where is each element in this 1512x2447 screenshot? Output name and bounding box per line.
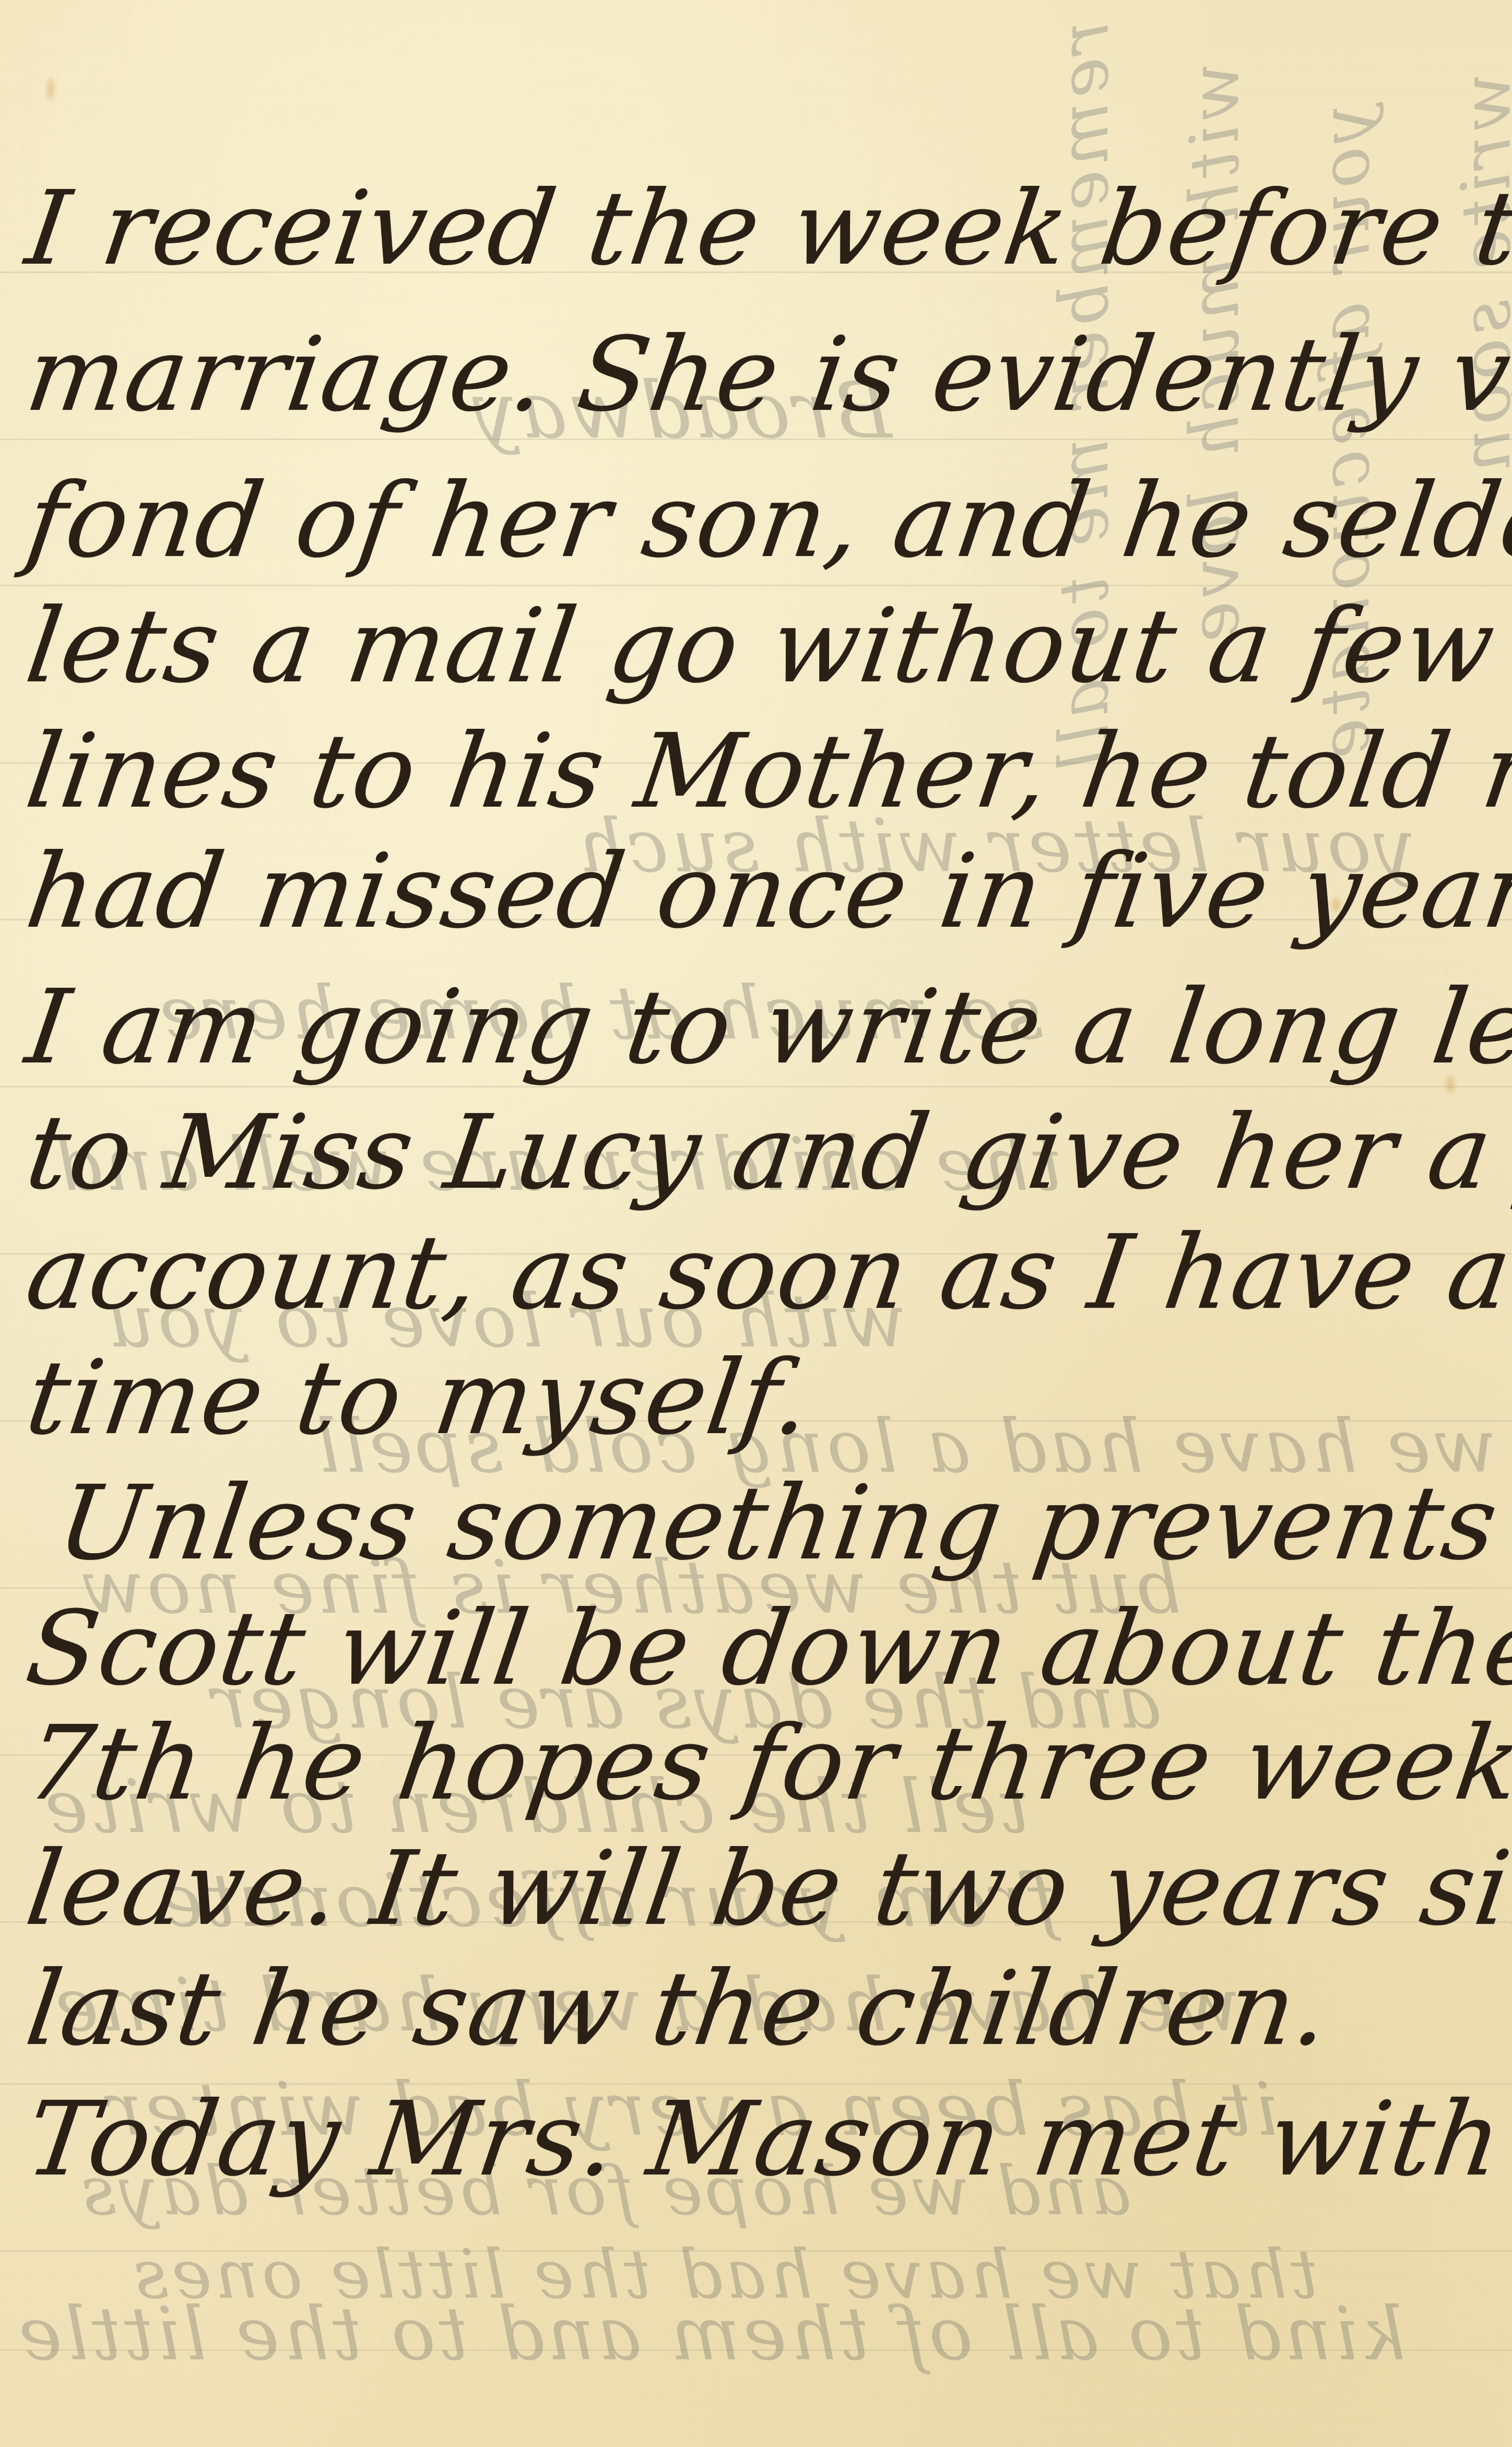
letter-line: Today Mrs. Mason met with bbox=[21, 2088, 1508, 2191]
letter-line: had missed once in five years. bbox=[21, 841, 1512, 943]
letter-line: to Miss Lucy and give her a full bbox=[21, 1102, 1512, 1204]
paper-stain bbox=[47, 78, 54, 99]
ruled-line bbox=[0, 585, 1512, 586]
bleed-through-line: kind to all of them and to the little bbox=[16, 2292, 1405, 2377]
letter-line: lines to his Mother, he told me he bbox=[21, 720, 1512, 823]
letter-line: I received the week before the bbox=[21, 178, 1512, 280]
letter-line: Unless something prevents Mr bbox=[52, 1472, 1512, 1575]
letter-line: account, as soon as I have a little bbox=[21, 1222, 1512, 1324]
letter-line: I am going to write a long letter bbox=[21, 976, 1512, 1079]
letter-page: remember me to all with much love your a… bbox=[0, 0, 1512, 2447]
letter-line: last he saw the children. bbox=[21, 1958, 1336, 2060]
letter-line: fond of her son, and he seldom bbox=[21, 470, 1512, 572]
letter-line: 7th he hopes for three weeks bbox=[21, 1712, 1512, 1815]
letter-line: lets a mail go without a few bbox=[21, 595, 1501, 698]
letter-line: leave. It will be two years since bbox=[21, 1838, 1512, 1940]
letter-line: time to myself. bbox=[21, 1347, 818, 1449]
letter-line: Scott will be down about the bbox=[21, 1598, 1512, 1700]
letter-line: marriage. She is evidently very bbox=[21, 324, 1512, 426]
